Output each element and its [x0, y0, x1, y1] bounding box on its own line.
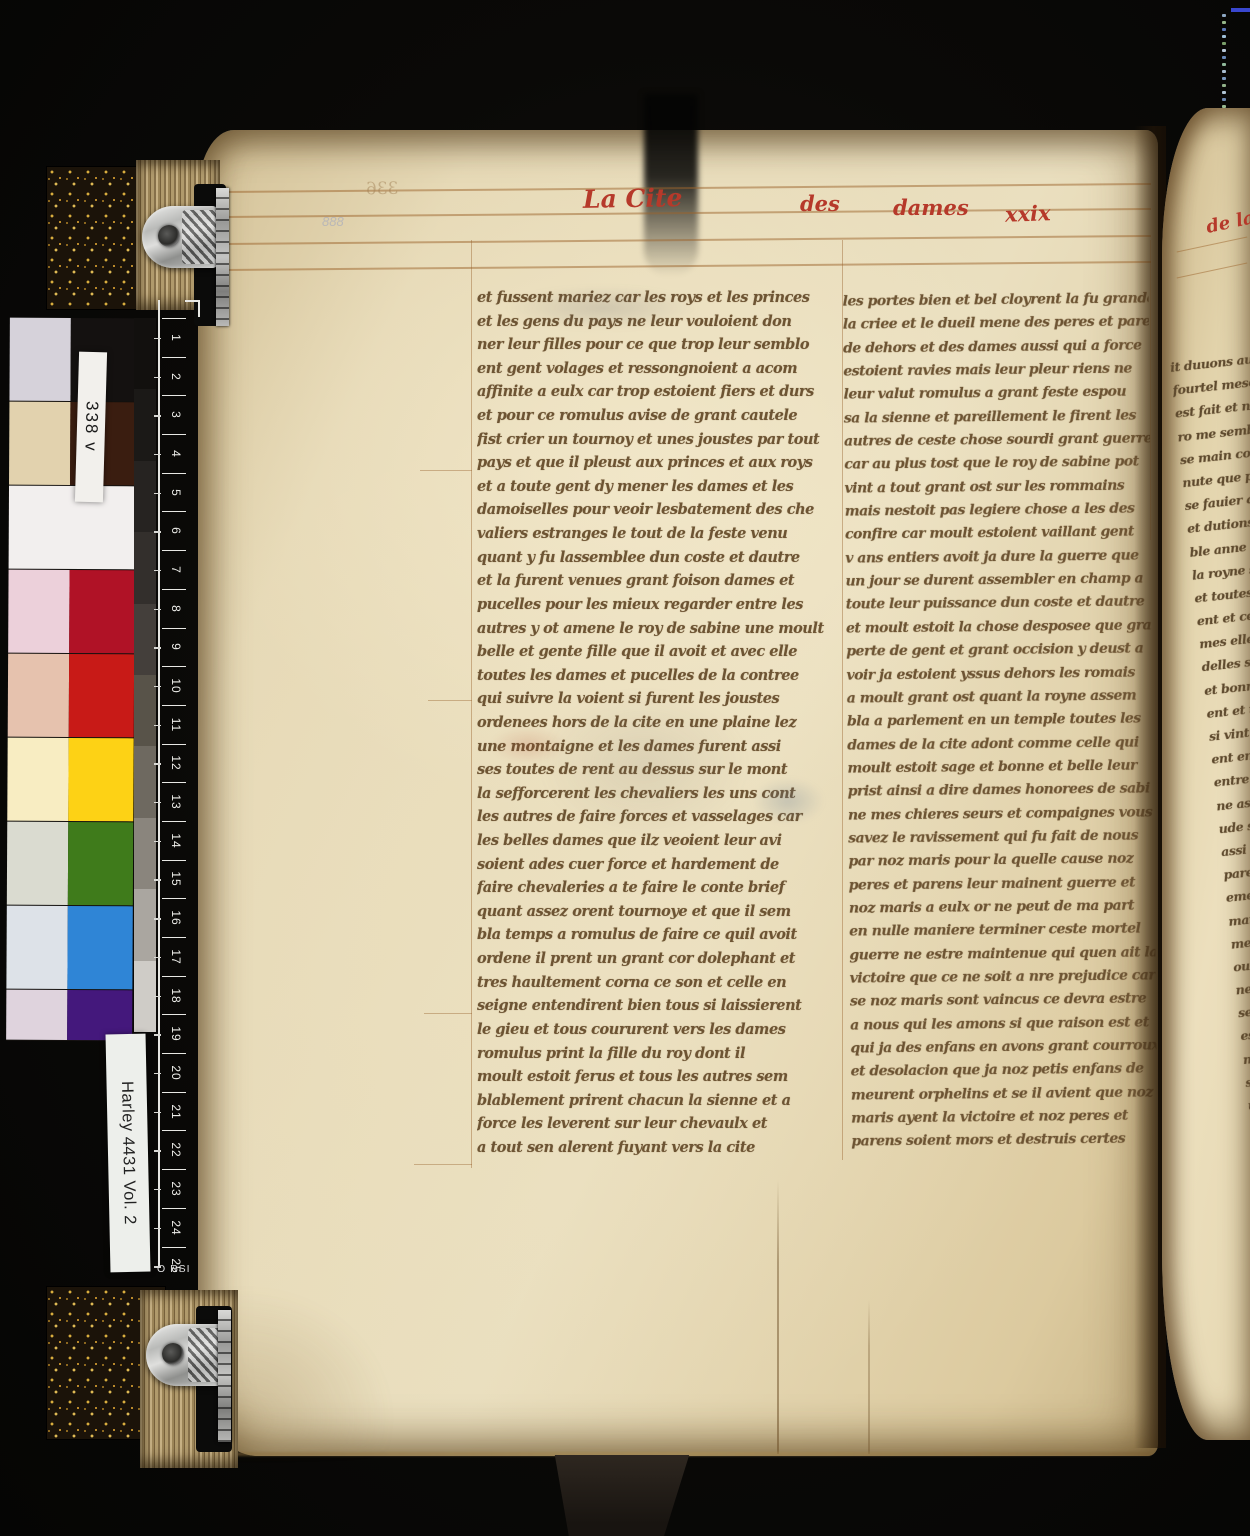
text-line: et la furent venues grant foison dames e… [477, 569, 839, 593]
text-line: en nulle maniere terminer ceste mortel [849, 918, 1155, 945]
film-edge-dot [1222, 28, 1226, 31]
ruler-unit: 10 [162, 666, 186, 705]
running-title-numeral: xxix [1005, 200, 1051, 227]
text-line: ne mes chieres seurs et compaignes vous [848, 801, 1154, 828]
text-line: peres et parens leur mainent guerre et [849, 871, 1155, 898]
color-patch [68, 738, 133, 821]
margin-rule [414, 1164, 472, 1165]
text-line: a nous qui les amons si que raison est e… [850, 1011, 1156, 1038]
grayscale-step [134, 961, 156, 1032]
film-edge-dot [1222, 77, 1226, 80]
film-edge-dot [1222, 98, 1226, 101]
grayscale-step [134, 818, 156, 889]
grayscale-step [134, 889, 156, 960]
text-line: et fussent mariez car les roys et les pr… [477, 286, 839, 310]
ruler-unit: 1 [162, 318, 186, 357]
text-line: qui ja des enfans en avons grant courrou… [850, 1034, 1156, 1061]
text-line: romulus print la fille du roy dont il [477, 1042, 839, 1066]
text-line: moult estoit sage et bonne et belle leur [847, 754, 1153, 781]
film-edge-dot [1222, 84, 1226, 87]
ruler-footer-text: O RSI [157, 1263, 217, 1275]
page-crease [777, 1180, 779, 1454]
text-line: voir ja estoient yssus dehors les romais [846, 661, 1152, 688]
text-line: ent gent volages et ressongnoient a acom [477, 357, 839, 381]
text-line: et les gens du pays ne leur vouloient do… [477, 310, 839, 334]
text-line: qui suivre la voient si furent les joust… [477, 687, 839, 711]
text-line: leur valut romulus a grant feste espou [843, 381, 1149, 408]
text-line: une montaigne et les dames furent assi [477, 735, 839, 759]
text-line: victoire que ce ne soit a nre prejudice … [850, 964, 1156, 991]
gilded-book-edge [46, 166, 140, 310]
metal-strip [218, 1310, 231, 1442]
text-line: le gieu et tous coururent vers les dames [477, 1018, 839, 1042]
ruler-unit: 12 [162, 744, 186, 783]
color-chart-row [9, 402, 135, 487]
ruler-unit: 4 [162, 434, 186, 473]
folio-number-text: 338 v [80, 401, 101, 453]
text-line: soient ades cuer force et hardement de [477, 853, 839, 877]
film-edge-dot [1222, 42, 1226, 45]
page-crease [868, 1300, 870, 1454]
text-line: pays et que il pleust aux princes et aux… [477, 451, 839, 475]
grayscale-step [134, 604, 156, 675]
grayscale-step [134, 318, 156, 389]
ruler-unit: 20 [162, 1053, 186, 1092]
spine-shadow [552, 1455, 692, 1536]
color-patch [69, 654, 134, 737]
ruler-unit: 16 [162, 898, 186, 937]
text-line: a moult grant ost quant la royne assem [847, 684, 1153, 711]
text-line: bla temps a romulus de faire ce quil avo… [477, 923, 839, 947]
text-line: seigne entendirent bien tous si laissier… [477, 994, 839, 1018]
ruler-unit: 22 [162, 1130, 186, 1169]
text-line: guerre ne estre maintenue qui quen ait l… [849, 941, 1155, 968]
film-edge-dot [1222, 35, 1226, 38]
text-line: perte de gent et grant occision y deust … [846, 638, 1152, 665]
color-chart-row [8, 654, 134, 739]
color-chart-row [7, 822, 133, 907]
text-line: fist crier un tournoy et unes joustes pa… [477, 428, 839, 452]
text-line: les portes bien et bel cloyrent la fu gr… [842, 287, 1148, 314]
text-line: autres y ot amene le roy de sabine une m… [477, 617, 839, 641]
margin-rule [428, 700, 472, 701]
color-patch [6, 990, 67, 1040]
text-line: se noz maris sont vaincus ce devra estre [850, 988, 1156, 1015]
running-title-word: dames [893, 195, 969, 220]
text-line: belle et gente fille que il avoit et ave… [477, 640, 839, 664]
ruler-unit: 8 [162, 589, 186, 628]
color-patch [67, 906, 132, 989]
text-line: blablement prirent chacun la sienne et a [477, 1089, 839, 1113]
running-title-word: La Cite [583, 183, 683, 214]
text-line: un jour se durent assembler en champ a [845, 568, 1151, 595]
text-line: ses toutes de rent au dessus sur le mont [477, 758, 839, 782]
text-line: pucelles pour les mieux regarder entre l… [477, 593, 839, 617]
text-line: quant y fu lassemblee dun coste et dautr… [477, 546, 839, 570]
ruler-unit: 15 [162, 860, 186, 899]
text-line: la sefforcerent les chevaliers les uns c… [477, 782, 839, 806]
text-line: ordene il prent un grant cor dolephant e… [477, 947, 839, 971]
text-line: prist ainsi a dire dames honorees de sab… [848, 778, 1154, 805]
grayscale-step [134, 532, 156, 603]
film-edge-dot [1222, 21, 1226, 24]
shelfmark-label: Harley 4431 Vol. 2 [106, 1034, 151, 1273]
margin-rule [420, 470, 472, 471]
color-patch [67, 990, 132, 1040]
text-line: damoiselles pour veoir lesbatement des c… [477, 498, 839, 522]
text-line: mais nestoit pas legiere chose a les des [845, 498, 1151, 525]
text-line: par noz maris pour la quelle cause noz [848, 848, 1154, 875]
text-line: meurent orphelins et se il avient que no… [851, 1081, 1157, 1108]
grayscale-step [134, 461, 156, 532]
text-line: dames de la cite adont comme celle qui [847, 731, 1153, 758]
faint-margin-mark: 888 [322, 214, 344, 229]
ruler-unit: 7 [162, 550, 186, 589]
text-line: confire car moult estoient vaillant gent [845, 521, 1151, 548]
color-calibration-chart [6, 318, 136, 1042]
text-line: moult estoit ferus et tous les autres se… [477, 1065, 839, 1089]
text-line: sa la sienne et pareillement le firent l… [844, 404, 1150, 431]
text-line: parens soient mors et destruis certes [851, 1128, 1157, 1155]
clip-hole [162, 1343, 184, 1365]
shelfmark-text: Harley 4431 Vol. 2 [117, 1081, 139, 1225]
ruling-line [1177, 263, 1248, 279]
text-line: toute leur puissance dun coste et dautre [846, 591, 1152, 618]
text-line: estoient ravies mais leur pleur riens ne [843, 357, 1149, 384]
grayscale-wedge [134, 318, 156, 1032]
text-line: affinite a eulx car trop estoient fiers … [477, 380, 839, 404]
text-line: force les leverent sur leur chevaulx et [477, 1112, 839, 1136]
text-line: faire chevaleries a te faire le conte br… [477, 876, 839, 900]
ruler-unit: 19 [162, 1014, 186, 1053]
text-line: a tout sen alerent fuyant vers la cite [477, 1136, 839, 1160]
ruler-unit: 5 [162, 473, 186, 512]
text-line: ner leur filles pour ce que trop leur se… [477, 333, 839, 357]
film-edge-dot [1222, 49, 1226, 52]
color-patch [7, 738, 68, 821]
ruler-unit: 6 [162, 511, 186, 550]
ruler-unit: 17 [162, 937, 186, 976]
text-line: et moult estoit la chose desposee que gr… [846, 614, 1152, 641]
ruler-unit: 9 [162, 628, 186, 667]
text-line: car au plus tost que le roy de sabine po… [844, 451, 1150, 478]
film-edge-line [1231, 8, 1250, 12]
scale-ruler: 1234567891011121314151617181920212223242… [158, 318, 204, 1262]
ruler-unit: 18 [162, 976, 186, 1015]
manuscript-photo: La Cite des dames xxix 336 888 et fussen… [0, 0, 1250, 1536]
text-line: valiers estranges le tout de la feste ve… [477, 522, 839, 546]
film-edge-dot [1222, 63, 1226, 66]
ruling-line [1177, 237, 1248, 253]
ruler-unit: 2 [162, 357, 186, 396]
film-edge-dot [1222, 91, 1226, 94]
film-edge-dot [1222, 56, 1226, 59]
text-line: et pour ce romulus avise de grant cautel… [477, 404, 839, 428]
text-column-left: et fussent mariez car les roys et les pr… [477, 286, 839, 1160]
grayscale-step [134, 675, 156, 746]
running-title-word: des [800, 191, 840, 216]
text-line: les belles dames que ilz veoient leur av… [477, 829, 839, 853]
metal-strip [216, 188, 229, 326]
clip-hole [158, 225, 180, 247]
facing-running-title: de la [1204, 207, 1250, 238]
facing-text-fragments: it duuons auofourtel meschest fait et ne… [1169, 347, 1250, 1140]
color-chart-row [9, 486, 135, 571]
showthrough-folio-number: 336 [366, 179, 399, 200]
color-patch [68, 822, 133, 905]
film-edge-dot [1222, 105, 1226, 108]
text-line: vint a tout grant ost sur les rommains [844, 474, 1150, 501]
column-rule [471, 240, 472, 1168]
text-line: bla a parlement en un temple toutes les [847, 708, 1153, 735]
folio-number-label: 338 v [75, 352, 107, 503]
ruler-unit: 13 [162, 782, 186, 821]
clip-ridges [182, 210, 216, 264]
text-column-right: les portes bien et bel cloyrent la fu gr… [842, 287, 1157, 1154]
text-line: v ans entiers avoit ja dure la guerre qu… [845, 544, 1151, 571]
text-line: les autres de faire forces et vasselages… [477, 805, 839, 829]
color-patch [9, 402, 70, 485]
text-line: quant assez orent tournoye et que il sem [477, 900, 839, 924]
text-line: et a toute gent dy mener les dames et le… [477, 475, 839, 499]
facing-page-edge: de la it duuons auofourtel meschest fait… [1162, 108, 1250, 1440]
grayscale-step [134, 389, 156, 460]
ruler-unit: 11 [162, 705, 186, 744]
ruler-cells: 1234567891011121314151617181920212223242… [158, 318, 204, 1285]
color-patch [9, 486, 135, 570]
grayscale-step [134, 746, 156, 817]
text-line: ordenees hors de la cite en une plaine l… [477, 711, 839, 735]
color-chart-row [7, 738, 133, 823]
text-line: tres haultement corna ce son et celle en [477, 971, 839, 995]
color-patch [8, 570, 69, 653]
color-patch [69, 570, 134, 653]
film-edge-dots [1222, 14, 1226, 108]
color-chart-row [6, 906, 132, 991]
text-line: savez le ravissement qui fu fait de nous [848, 824, 1154, 851]
text-line: toutes les dames et pucelles de la contr… [477, 664, 839, 688]
text-line: noz maris a eulx or ne peut de ma part [849, 894, 1155, 921]
ruler-unit: 23 [162, 1169, 186, 1208]
binder-clip [142, 206, 220, 268]
color-patch [6, 906, 67, 989]
film-edge-dot [1222, 70, 1226, 73]
color-patch [8, 654, 69, 737]
margin-rule [424, 1013, 472, 1014]
text-line: autres de ceste chose sourdi grant guerr… [844, 427, 1150, 454]
film-edge-dot [1222, 14, 1226, 17]
ruler-unit: 24 [162, 1208, 186, 1247]
color-patch [9, 318, 70, 401]
text-line: la criee et le dueil mene des peres et p… [843, 311, 1149, 338]
ruler-unit: 14 [162, 821, 186, 860]
text-line: et desolacion que ja noz petis enfans de [851, 1058, 1157, 1085]
ruler-unit: 3 [162, 395, 186, 434]
ruler-unit: 21 [162, 1092, 186, 1131]
text-line: maris ayent la victoire et noz peres et [851, 1104, 1157, 1131]
ruler-corner-bracket [185, 300, 200, 317]
clip-ridges [188, 1328, 222, 1382]
color-chart-row [9, 318, 135, 403]
text-line: de dehors et des dames aussi qui a force [843, 334, 1149, 361]
binder-clip [146, 1324, 226, 1386]
color-patch [7, 822, 68, 905]
color-chart-row [8, 570, 134, 655]
